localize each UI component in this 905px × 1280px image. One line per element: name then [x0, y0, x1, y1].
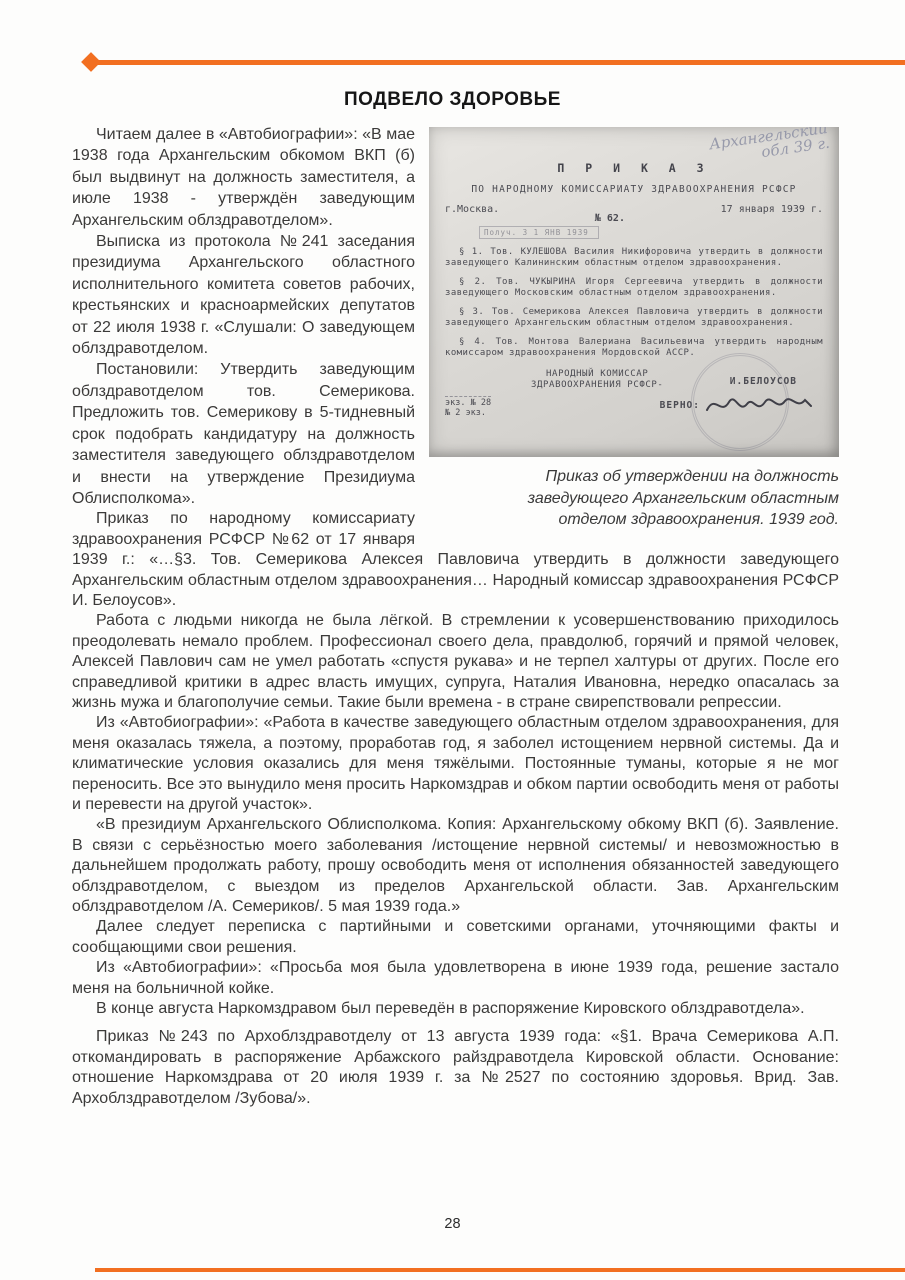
body-paragraph: В конце августа Наркомздравом был переве… — [72, 999, 839, 1019]
article-body: Архангельский обл 39 г. П Р И К А З ПО Н… — [72, 124, 839, 1109]
order-paragraph: § 2. Тов. ЧУКЫРИНА Игоря Сергеевича утве… — [445, 277, 823, 299]
book-page: ПОДВЕЛО ЗДОРОВЬЕ Архангельский обл 39 г.… — [0, 0, 905, 1280]
order-meta-row: г.Москва. № 62. 17 января 1939 г. — [445, 204, 823, 224]
bottom-rule — [95, 1268, 905, 1272]
order-paragraphs: § 1. Тов. КУЛЕШОВА Василия Никифоровича … — [445, 247, 823, 359]
body-paragraph: Из «Автобиографии»: «Работа в качестве з… — [72, 713, 839, 815]
body-paragraph: Далее следует переписка с партийными и с… — [72, 917, 839, 958]
incoming-stamp: Получ. 3 1 ЯНВ 1939 — [479, 226, 599, 239]
order-paragraph: § 3. Тов. Семерикова Алексея Павловича у… — [445, 307, 823, 329]
order-subheading: ПО НАРОДНОМУ КОМИССАРИАТУ ЗДРАВООХРАНЕНИ… — [445, 184, 823, 195]
copies-note: экз. № 28 № 2 экз. — [445, 396, 491, 418]
body-paragraph: «В президиум Архангельского Облисполкома… — [72, 815, 839, 917]
body-paragraph: Приказ №243 по Архоблздравотделу от 13 а… — [72, 1027, 839, 1109]
scanned-order-image: Архангельский обл 39 г. П Р И К А З ПО Н… — [429, 127, 839, 457]
order-paragraph: § 4. Тов. Монтова Валериана Васильевича … — [445, 337, 823, 359]
order-heading: П Р И К А З — [445, 161, 823, 175]
scanned-order-figure: Архангельский обл 39 г. П Р И К А З ПО Н… — [429, 127, 839, 531]
order-place: г.Москва. — [445, 204, 499, 215]
body-paragraph: Из «Автобиографии»: «Просьба моя была уд… — [72, 958, 839, 999]
page-number: 28 — [0, 1216, 905, 1232]
body-paragraph: Работа с людьми никогда не была лёгкой. … — [72, 611, 839, 713]
figure-caption: Приказ об утверждении на должность завед… — [429, 466, 839, 531]
page-title: ПОДВЕЛО ЗДОРОВЬЕ — [0, 0, 905, 111]
top-rule — [97, 60, 905, 65]
order-number: № 62. — [595, 213, 625, 224]
round-seal-icon — [691, 353, 789, 451]
signatory-title: НАРОДНЫЙ КОМИССАР ЗДРАВООХРАНЕНИЯ РСФСР- — [531, 369, 663, 391]
order-paragraph: § 1. Тов. КУЛЕШОВА Василия Никифоровича … — [445, 247, 823, 269]
order-date: 17 января 1939 г. — [721, 204, 823, 215]
